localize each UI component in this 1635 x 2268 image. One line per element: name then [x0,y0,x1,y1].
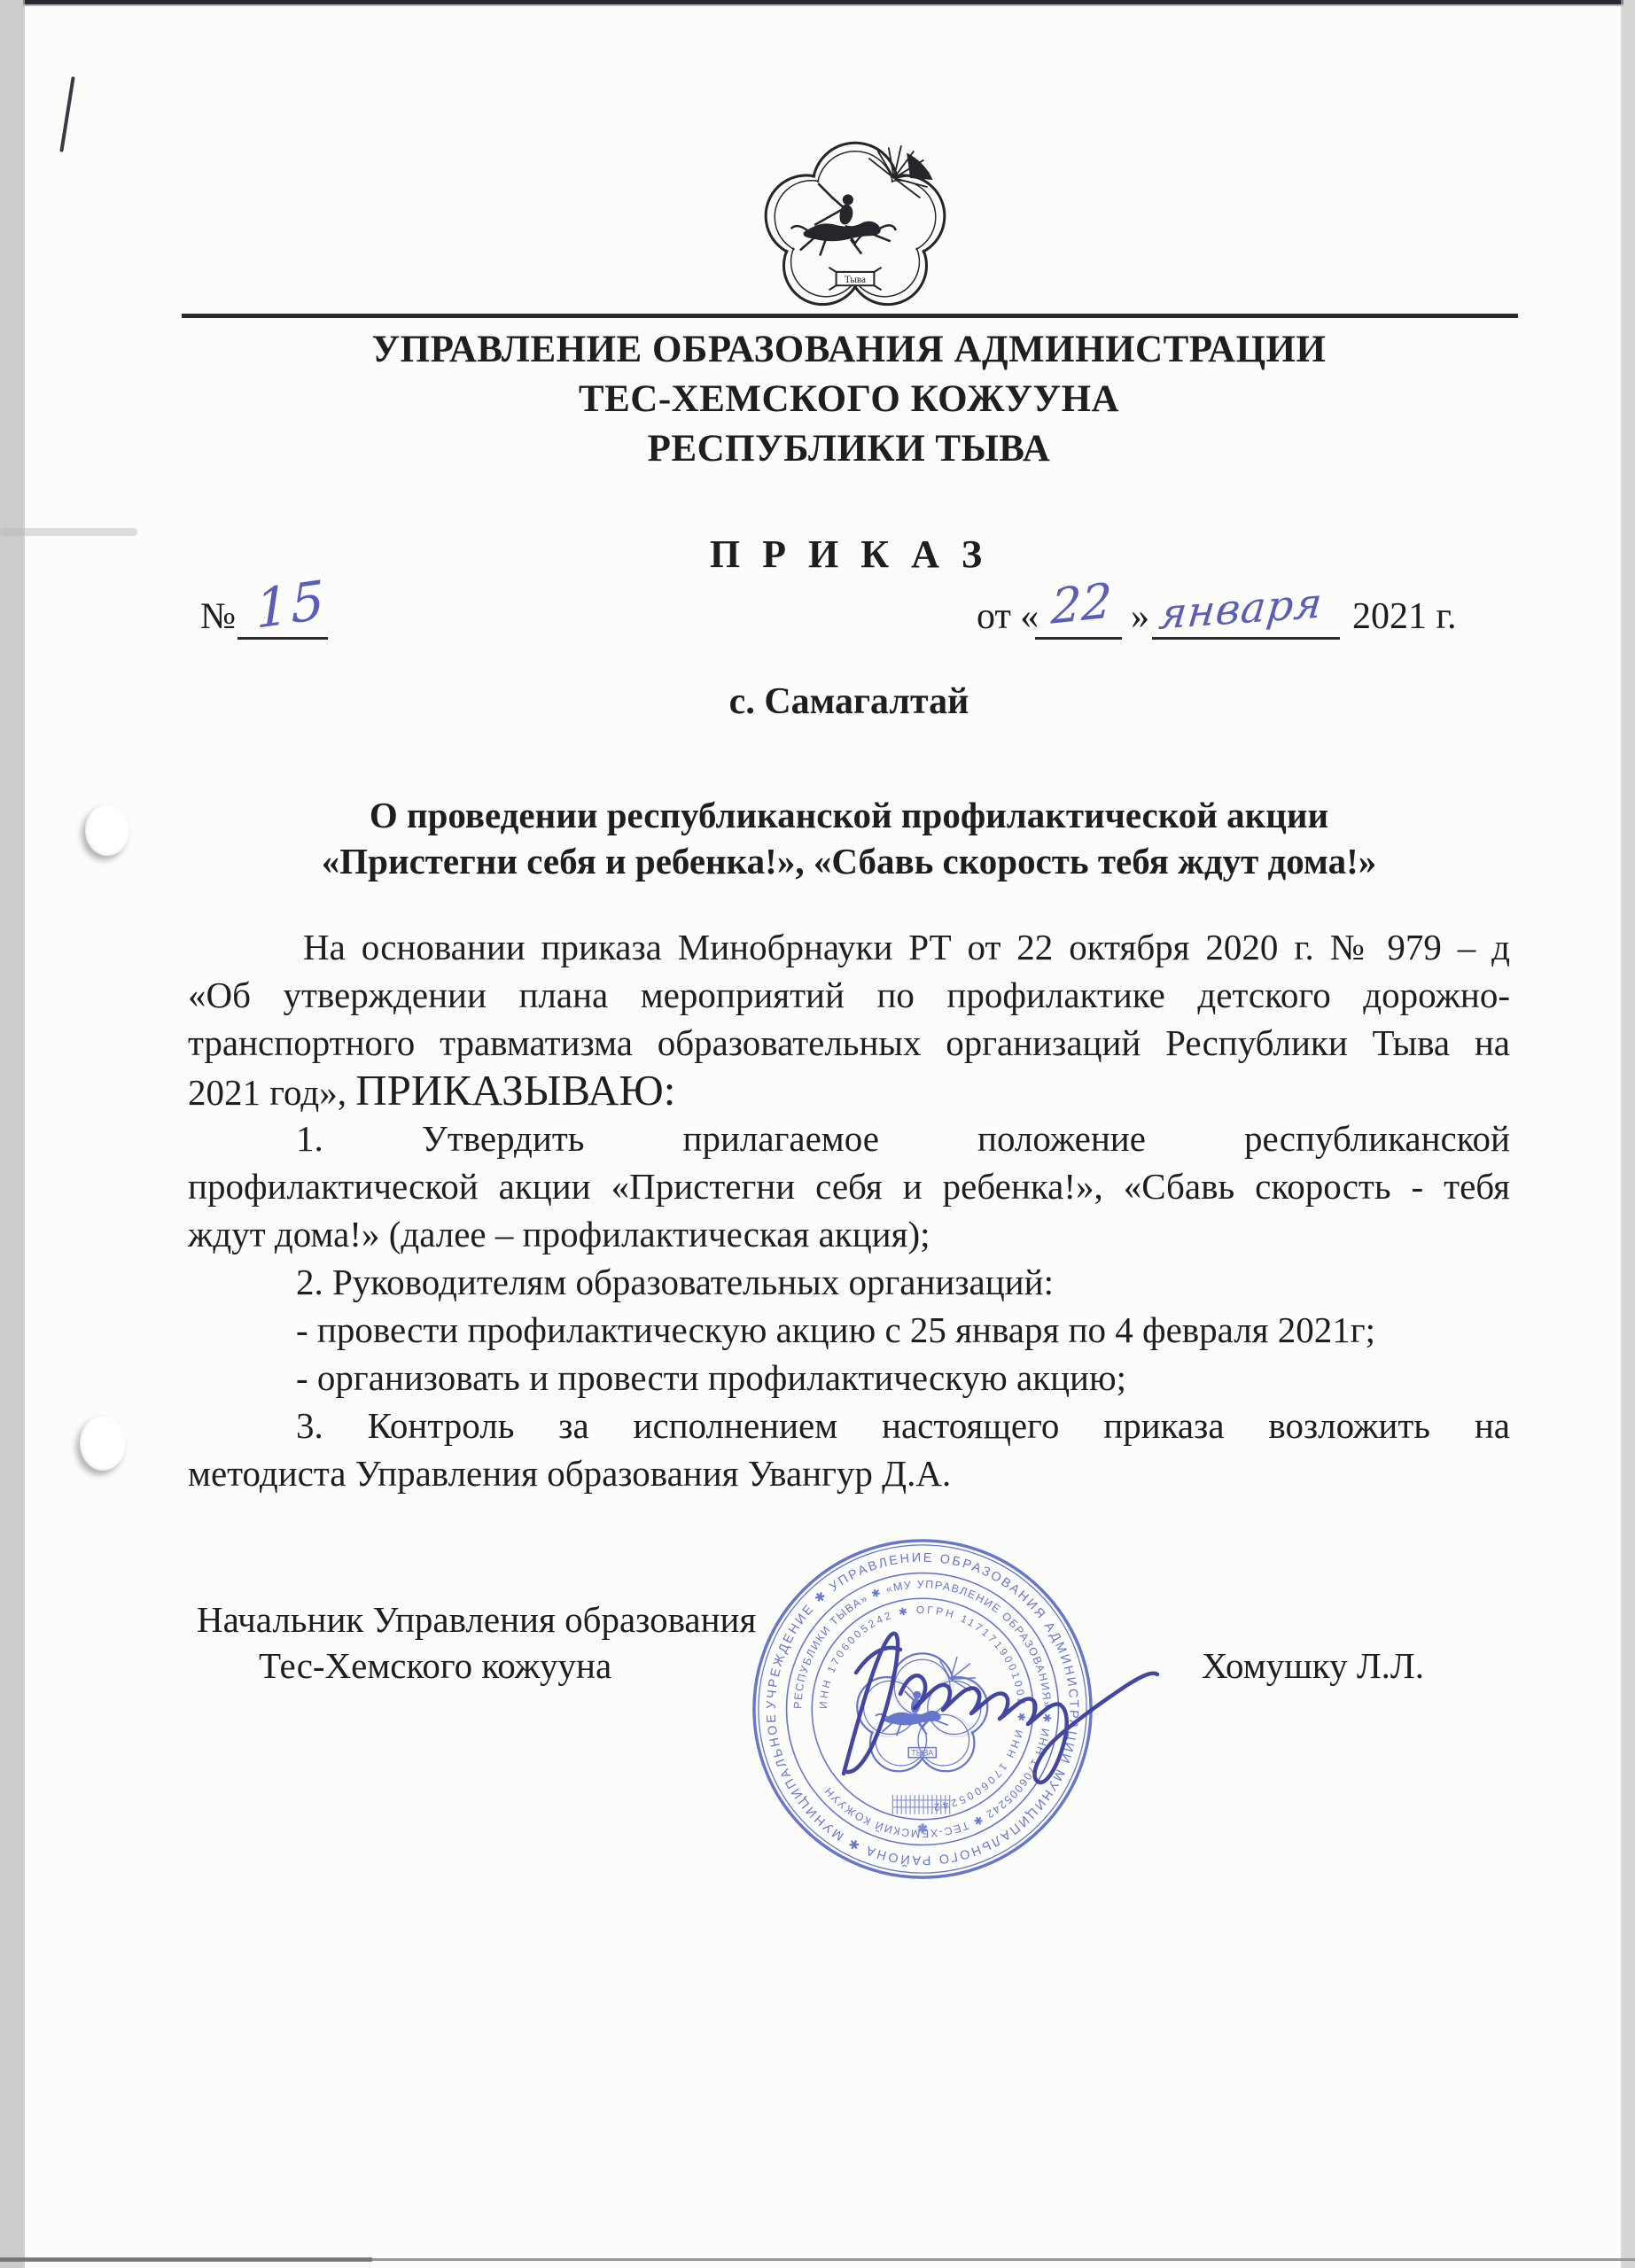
signer-post-line1: Начальник Управления образования [197,1598,756,1641]
order-number-handwritten: 15 [254,569,327,641]
date-month-handwritten: января [1156,579,1325,639]
body-line: транспортного травматизма образовательны… [188,1019,1510,1067]
body-line: 1. Утвердить прилагаемое положение респу… [188,1115,1510,1162]
body-line: «Об утверждении плана мероприятий по про… [188,971,1510,1019]
signer-post-line2: Тес-Хемского кожууна [259,1644,611,1687]
order-body: На основании приказа Минобрнауки РТ от 2… [188,923,1510,1497]
date-prefix: от « [977,595,1039,638]
body-line: - организовать и провести профилактическ… [188,1354,1510,1402]
scanner-edge-right [1623,0,1635,2268]
body-line: 2021 год», ПРИКАЗЫВАЮ: [188,1067,1510,1115]
handwritten-signature [815,1612,1196,1843]
body-line: 2. Руководителям образовательных организ… [188,1258,1510,1306]
page-edge-right [1621,0,1623,2268]
date-year: 2021 г. [1352,595,1457,638]
order-number-underline [237,637,328,640]
body-line: На основании приказа Минобрнауки РТ от 2… [188,923,1510,971]
body-line: - провести профилактическую акцию с 25 я… [188,1306,1510,1354]
document-type-heading: П Р И К А З [188,532,1510,577]
body-line: 3. Контроль за исполнением настоящего пр… [188,1402,1510,1449]
hole-punch-top [85,804,129,856]
body-line: профилактической акции «Пристегни себя и… [188,1162,1510,1210]
tyva-emblem-icon: Тыва [760,138,950,315]
sun-blot [907,152,933,180]
order-title-line2: «Пристегни себя и ребенка!», «Сбавь скор… [188,840,1510,882]
letterhead-rule [182,314,1518,318]
scanner-edge-bottom-dark [0,2257,372,2262]
scanned-order-page: Тыва УПРАВЛЕНИЕ ОБРАЗОВАНИЯ АДМИНИСТРАЦИ… [0,0,1635,2268]
signer-name: Хомушку Л.Л. [1202,1644,1424,1687]
scanner-edge-left [0,0,23,2268]
date-quote-close: » [1131,595,1149,638]
org-name-line1: УПРАВЛЕНИЕ ОБРАЗОВАНИЯ АДМИНИСТРАЦИИ [188,329,1510,371]
order-title-line1: О проведении республиканской профилактич… [188,794,1510,836]
date-day-underline [1035,637,1122,640]
org-name-line3: РЕСПУБЛИКИ ТЫВА [188,428,1510,470]
body-line: методиста Управления образования Увангур… [188,1449,1510,1497]
body-line: ждут дома!» (далее – профилактическая ак… [188,1210,1510,1258]
order-number-label: № [200,595,236,638]
org-name-line2: ТЕС-ХЕМСКОГО КОЖУУНА [188,378,1510,421]
hole-punch-bottom [80,1416,126,1471]
staple-mark [59,76,74,152]
body-line-text: 2021 год», [188,1072,355,1113]
emblem-banner-label: Тыва [845,275,866,285]
prikazyvayu-word: ПРИКАЗЫВАЮ: [355,1066,675,1115]
scanner-edge-top-shadow [0,4,1635,6]
date-day-handwritten: 22 [1050,572,1113,635]
place-line: с. Самагалтай [188,680,1510,723]
pencil-smudge [0,528,137,536]
page-edge-left [23,0,25,2268]
